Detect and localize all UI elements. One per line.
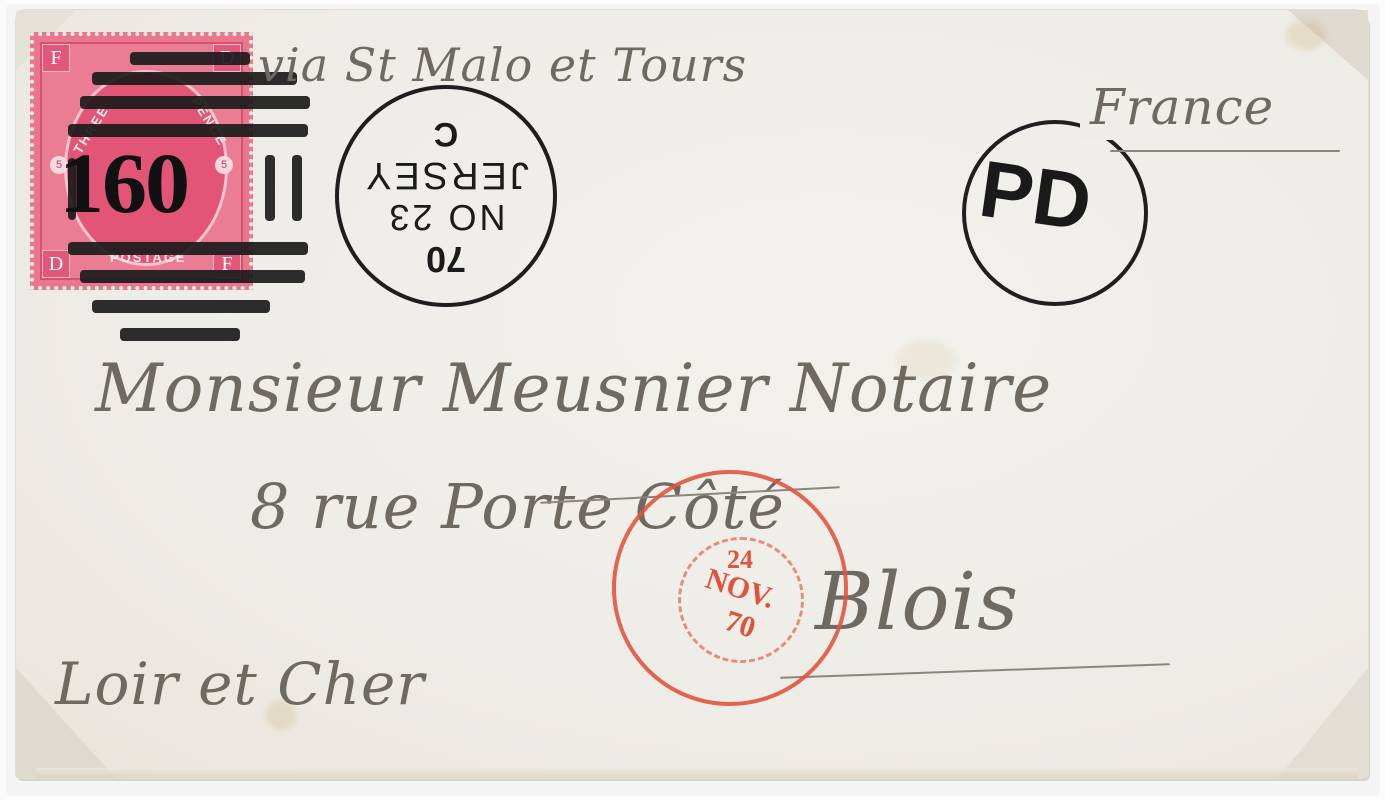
- datestamp-town: JERSEY: [363, 153, 529, 196]
- stamp-plate-number: 5: [215, 156, 233, 174]
- cancel-bar: [80, 270, 305, 283]
- envelope-bottom-edge: [36, 768, 1358, 778]
- cancel-bar: [68, 242, 308, 255]
- routing-note: via St Malo et Tours: [258, 38, 747, 92]
- datestamp-year: 70: [426, 238, 466, 280]
- cancel-bar: [92, 300, 270, 313]
- jersey-datestamp: 70 NO 23 JERSEY C: [335, 85, 557, 307]
- datestamp-date: NO 23: [386, 196, 505, 238]
- jersey-datestamp-text: 70 NO 23 JERSEY C: [339, 89, 553, 303]
- stamp-corner-letter: F: [42, 44, 70, 72]
- cancel-bar: [292, 155, 302, 221]
- address-line-1: Monsieur Meusnier Notaire: [95, 350, 1052, 427]
- cancel-bar: [120, 328, 240, 341]
- corner-mount-bottom-right: [1278, 668, 1368, 778]
- underline: [1110, 150, 1340, 152]
- cancel-numeral: 160: [59, 140, 188, 226]
- destination-country: France: [1090, 78, 1274, 136]
- toning-stain: [1286, 20, 1326, 50]
- cancel-bar: [80, 96, 310, 109]
- pd-mark: PD: [974, 143, 1097, 250]
- datestamp-code: C: [434, 114, 459, 153]
- address-department: Loir et Cher: [55, 650, 425, 718]
- cancel-bar: [265, 155, 275, 221]
- stamp-corner-letter: D: [42, 250, 70, 278]
- cancel-bar: [130, 52, 250, 65]
